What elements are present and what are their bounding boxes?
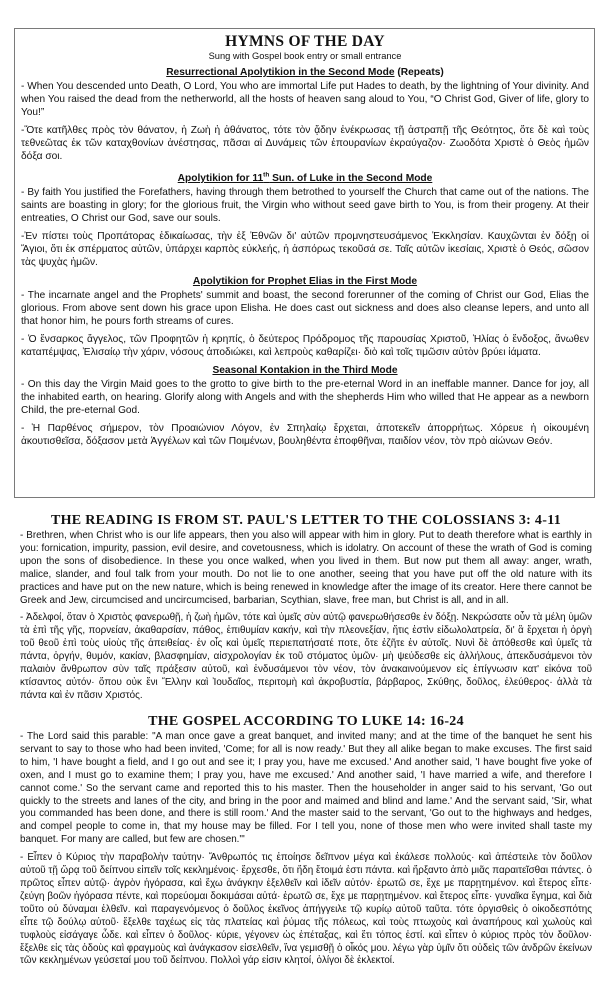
- hymns-of-the-day-box: HYMNS OF THE DAY Sung with Gospel book e…: [14, 28, 595, 498]
- gospel-greek: - Εἶπεν ὁ Κύριος τὴν παραβολὴν ταύτην· Ἄ…: [20, 852, 592, 968]
- epistle-title: THE READING IS FROM ST. PAUL'S LETTER TO…: [20, 513, 592, 529]
- forefathers-apolytikion-heading: Apolytikion for 11th Sun. of Luke in the…: [21, 169, 589, 185]
- heading-pre: Apolytikion for 11: [178, 173, 263, 184]
- epistle-english: - Brethren, when Christ who is our life …: [20, 530, 592, 607]
- epistle-greek: - Ἀδελφοί, ὅταν ὁ Χριστὸς φανερωθῇ, ἡ ζω…: [20, 612, 592, 702]
- seasonal-kontakion-english: - On this day the Virgin Maid goes to th…: [21, 378, 589, 417]
- seasonal-kontakion-greek: - Ἡ Παρθένος σήμερον, τὸν Προαιώνιον Λόγ…: [21, 422, 589, 448]
- heading-post: Sun. of Luke in the Second Mode: [269, 173, 432, 184]
- forefathers-apolytikion-english: - By faith You justified the Forefathers…: [21, 186, 589, 225]
- elias-apolytikion-greek: - Ὁ ἔνσαρκος ἄγγελος, τῶν Προφητῶν ἡ κρη…: [21, 333, 589, 359]
- gospel-title: THE GOSPEL ACCORDING TO LUKE 14: 16-24: [20, 714, 592, 730]
- hymns-title: HYMNS OF THE DAY: [21, 33, 589, 50]
- resurrectional-apolytikion-heading: Resurrectional Apolytikion in the Second…: [21, 66, 589, 79]
- forefathers-apolytikion-greek: -Ἐν πίστει τοὺς Προπάτορας ἐδικαίωσας, τ…: [21, 230, 589, 269]
- resurrectional-apolytikion-greek: -Ὅτε κατῆλθες πρὸς τὸν θάνατον, ἡ Ζωὴ ἡ …: [21, 124, 589, 163]
- heading-text: Apolytikion for Prophet Elias in the Fir…: [193, 276, 417, 287]
- elias-apolytikion-english: - The incarnate angel and the Prophets' …: [21, 289, 589, 328]
- epistle-reading-section: THE READING IS FROM ST. PAUL'S LETTER TO…: [20, 513, 592, 708]
- heading-suffix: (Repeats): [395, 67, 444, 78]
- resurrectional-apolytikion-english: - When You descended unto Death, O Lord,…: [21, 80, 589, 119]
- heading-text: Resurrectional Apolytikion in the Second…: [166, 67, 394, 78]
- heading-text: Seasonal Kontakion in the Third Mode: [212, 365, 397, 376]
- hymns-subtitle: Sung with Gospel book entry or small ent…: [21, 50, 589, 62]
- gospel-english: - The Lord said this parable: "A man onc…: [20, 731, 592, 847]
- gospel-reading-section: THE GOSPEL ACCORDING TO LUKE 14: 16-24 -…: [20, 714, 592, 973]
- elias-apolytikion-heading: Apolytikion for Prophet Elias in the Fir…: [21, 275, 589, 288]
- seasonal-kontakion-heading: Seasonal Kontakion in the Third Mode: [21, 364, 589, 377]
